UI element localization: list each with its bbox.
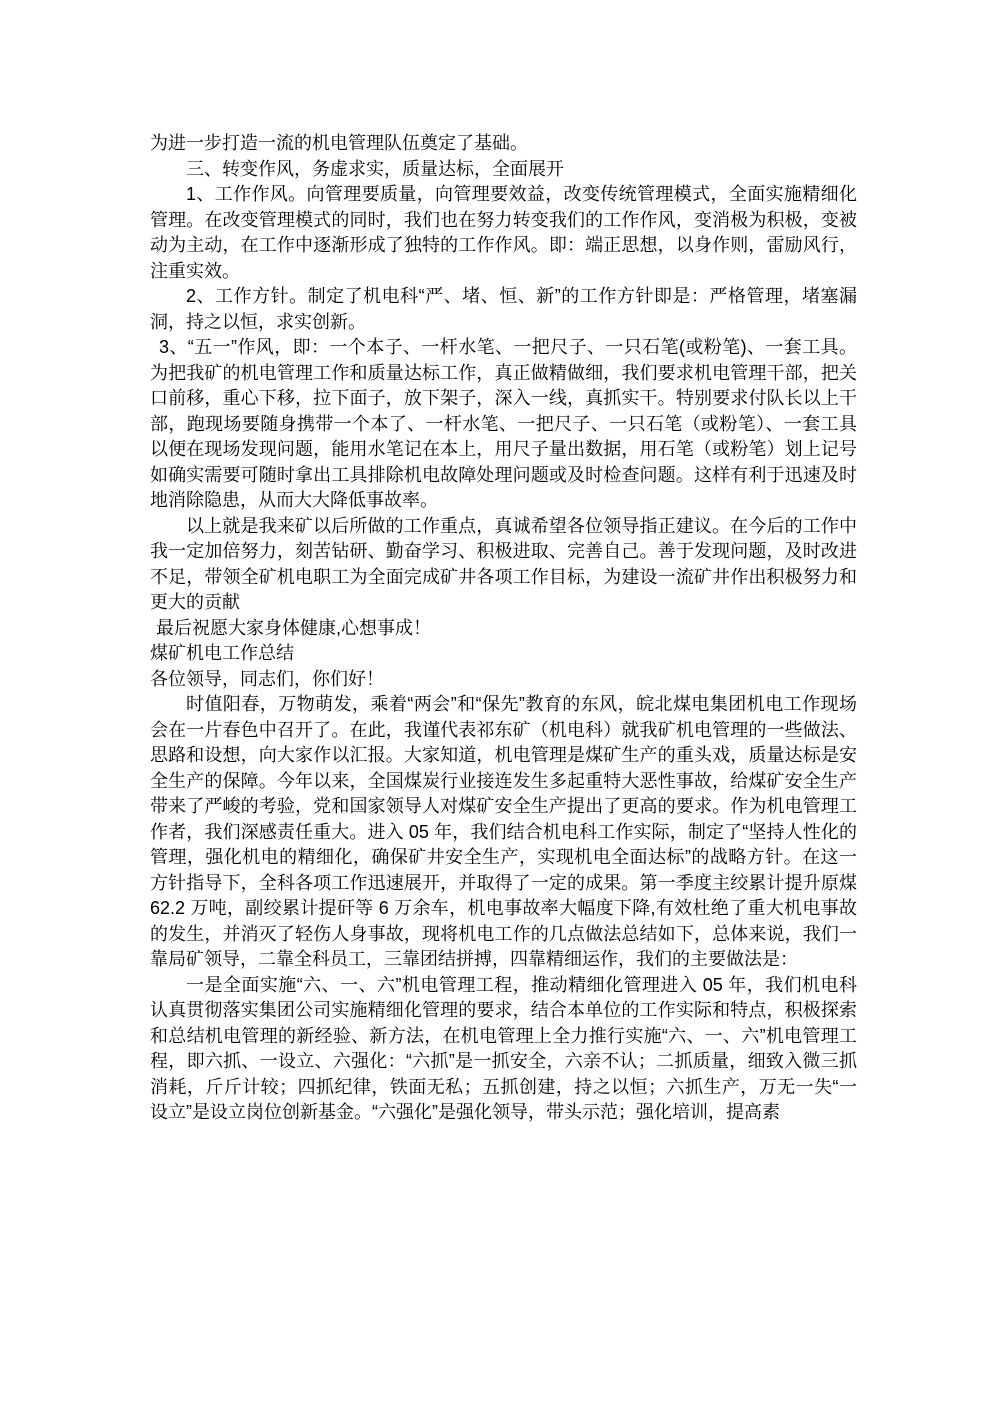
para-good-wishes: 最后祝愿大家身体健康,心想事成！	[150, 616, 857, 642]
greeting-line: 各位领导，同志们，你们好！	[150, 667, 857, 693]
para-closing-summary: 以上就是我来矿以后所做的工作重点，真诚希望各位领导指正建议。在今后的工作中我一定…	[150, 514, 857, 616]
document-content: 为进一步打造一流的机电管理队伍奠定了基础。 三、转变作风，务虚求实，质量达标，全…	[150, 131, 857, 1126]
para-intro-report: 时值阳春，万物萌发，乘着“两会”和“保先”教育的东风，皖北煤电集团机电工作现场会…	[150, 692, 857, 973]
para-work-style: 1、工作作风。向管理要质量，向管理要效益，改变传统管理模式，全面实施精细化管理。…	[150, 182, 857, 284]
carryover-line: 为进一步打造一流的机电管理队伍奠定了基础。	[150, 131, 857, 157]
document-page: 为进一步打造一流的机电管理队伍奠定了基础。 三、转变作风，务虚求实，质量达标，全…	[0, 0, 1000, 1415]
section-heading-three: 三、转变作风，务虚求实，质量达标，全面展开	[150, 157, 857, 183]
document-title: 煤矿机电工作总结	[150, 641, 857, 667]
para-work-policy: 2、工作方针。制定了机电科“严、堵、恒、新”的工作方针即是：严格管理，堵塞漏洞，…	[150, 284, 857, 335]
para-measure-one: 一是全面实施“六、一、六”机电管理工程，推动精细化管理进入 05 年，我们机电科…	[150, 973, 857, 1126]
para-five-one-style: 3、“五一”作风，即：一个本子、一杆水笔、一把尺子、一只石笔(或粉笔)、一套工具…	[150, 335, 857, 514]
